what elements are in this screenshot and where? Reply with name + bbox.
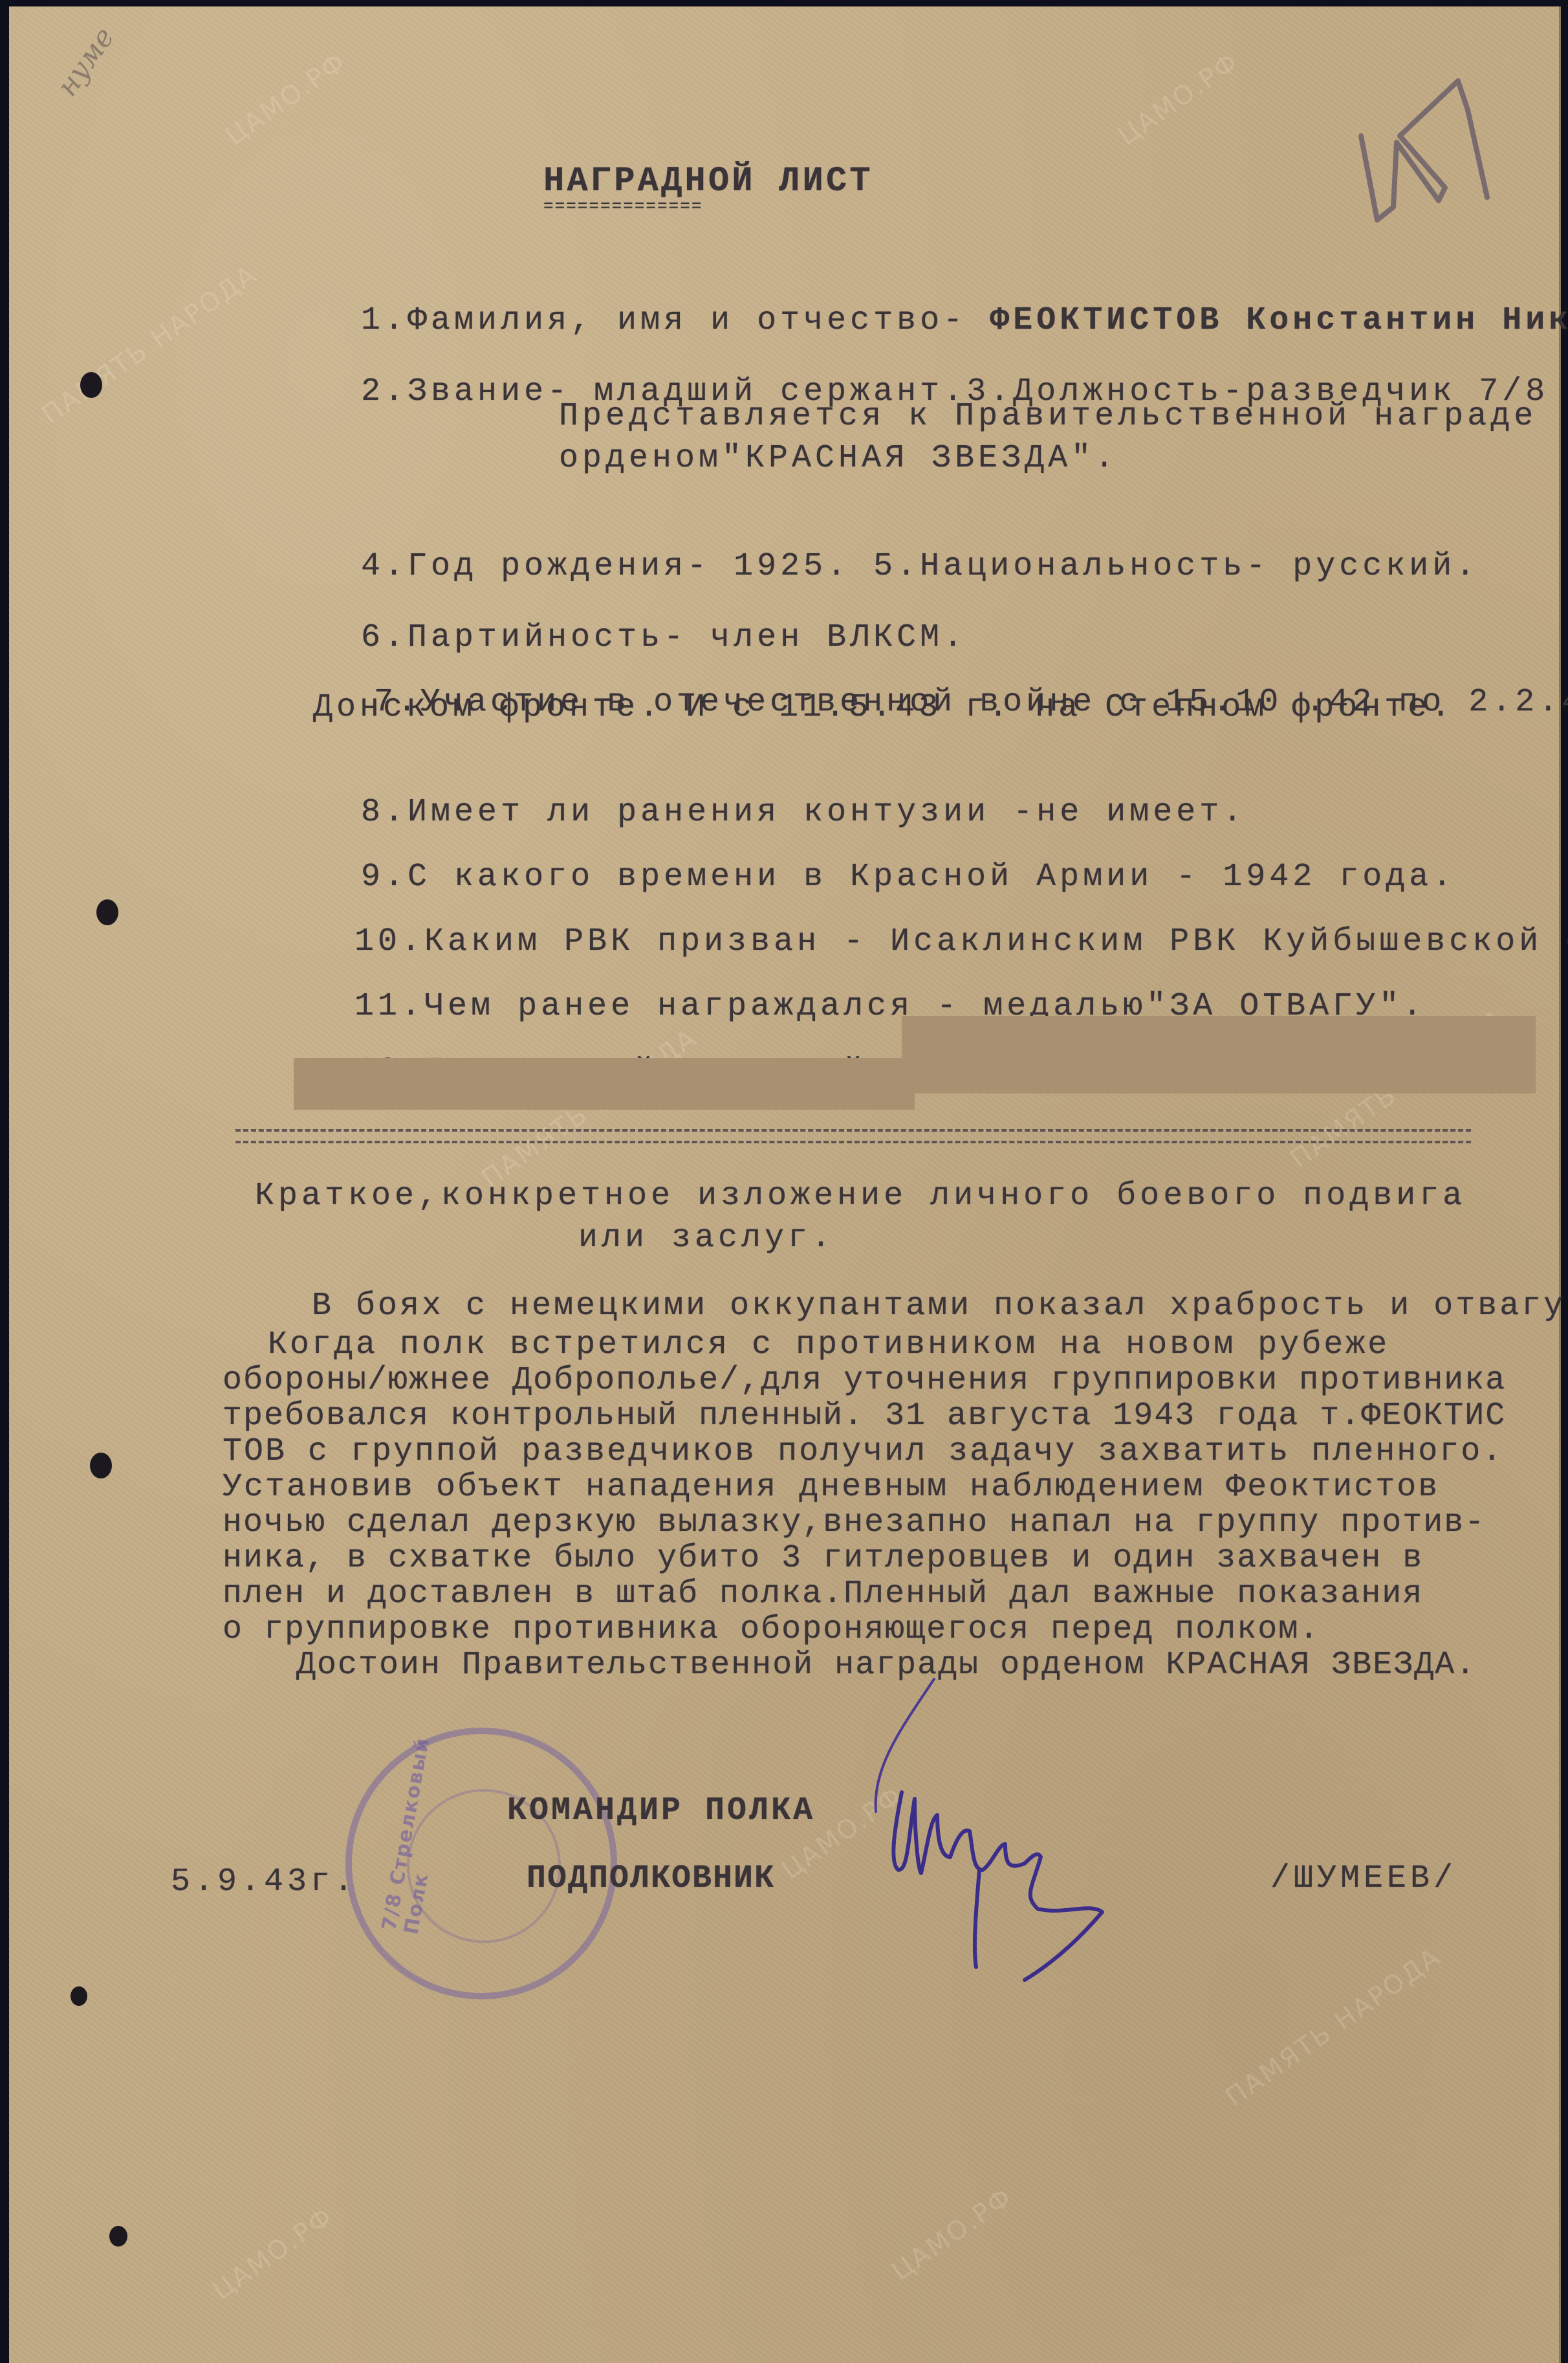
field-value: ФЕОКТИСТОВ Константин Николаевич. [990,302,1568,339]
narrative-line: требовался контрольный пленный. 31 авгус… [223,1398,1506,1434]
field-label: Год рождения- [408,548,710,585]
watermark: ПАМЯТЬ НАРОДА [37,259,263,430]
section-heading-cont: или заслуг. [578,1220,834,1257]
watermark: ПАМЯТЬ НАРОДА [1221,1942,1447,2113]
narrative-line: В боях с немецкими оккупантами показал х… [268,1288,1568,1324]
binder-hole [109,2226,127,2247]
signer-rank: ПОДПОЛКОВНИК [527,1860,775,1897]
signature-date: 5.9.43г. [171,1863,357,1900]
narrative-line: обороны/южнее Доброполье/,для уточнения … [223,1362,1506,1399]
field-label: Фамилия, имя и отчество- [408,302,966,339]
watermark: ЦАМО.РФ [1113,47,1245,151]
section-separator [235,1129,1471,1143]
award-nomination-line1: Представляется к Правительственной награ… [559,398,1537,435]
watermark: ЦАМО.РФ [207,2201,339,2306]
address-redaction [294,1058,915,1110]
signer-name: /ШУМЕЕВ/ [1270,1860,1457,1897]
narrative-line: ника, в схватке было убито 3 гитлеровцев… [223,1540,1423,1577]
address-redaction [902,1016,1536,1094]
binder-hole [96,899,118,925]
narrative-line: плен и доставлен в штаб полка.Пленный да… [223,1576,1423,1612]
narrative-line: Когда полк встретился с противником на н… [268,1326,1389,1363]
field-value: 1925. 5.Национальность- русский. [734,548,1479,585]
signer-position: КОМАНДИР ПОЛКА [507,1792,815,1829]
field-label: Звание- [408,373,571,410]
binder-hole [90,1453,112,1478]
award-sheet: ЦАМО.РФ ЦАМО.РФ ПАМЯТЬ НАРОДА ПАМЯТЬ НАР… [9,6,1561,2363]
narrative-line: о группировке противника обороняющегося … [223,1611,1320,1648]
narrative-line: ТОВ с группой разведчиков получил задачу… [223,1433,1503,1470]
document-title: НАГРАДНОЙ ЛИСТ [543,162,873,201]
binder-hole [80,372,102,398]
narrative-line: ночью сделал дерзкую вылазку,внезапно на… [223,1504,1485,1541]
commander-signature [811,1676,1173,1999]
narrative-line: Установив объект нападения дневным наблю… [223,1469,1439,1506]
binder-hole [71,1986,87,2006]
pencil-page-number [1342,71,1510,226]
watermark: ЦАМО.РФ [220,47,352,151]
title-underline: ============== [543,202,702,211]
field-7-continued: Донском фронте. И с 11.5.43 г. на Степно… [313,689,1454,726]
watermark: ЦАМО.РФ [886,2182,1018,2287]
pencil-margin-note: нуме [50,21,121,102]
section-heading: Краткое,конкретное изложение личного бое… [255,1178,1466,1214]
award-nomination-line2: орденом"КРАСНАЯ ЗВЕЗДА". [559,440,1118,477]
